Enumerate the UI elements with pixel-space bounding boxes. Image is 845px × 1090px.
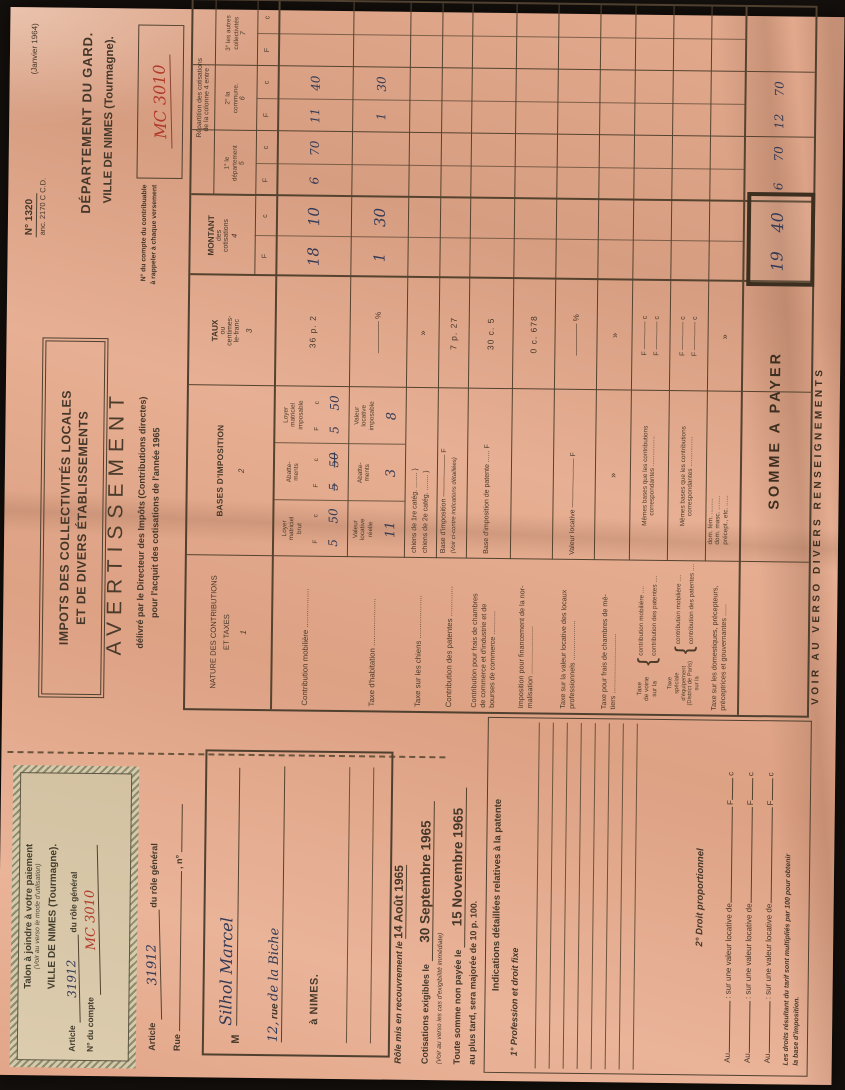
rule — [633, 724, 638, 1070]
c-label: c — [726, 772, 735, 776]
role-date: 14 Août 1965 — [391, 865, 407, 939]
f-blank — [772, 779, 773, 801]
stub-article-suffix: du rôle général — [68, 872, 79, 933]
numero-label: , n° — [174, 855, 184, 869]
au-label: Au — [723, 1053, 732, 1063]
taux-value: 0 c. 678 — [512, 279, 555, 390]
nature-option: contribution mobilière .... — [637, 575, 645, 655]
value-loyer-imposable-c: 50 — [321, 390, 348, 417]
civility-label: M — [230, 1035, 242, 1044]
fc-label: c — [256, 131, 277, 164]
subhead-abattements: Abatte- ments — [275, 443, 312, 500]
nature-line: sur la — [694, 676, 701, 690]
header-bases: BASES D'IMPOSITION 2 — [187, 385, 274, 556]
subhead-line: imposable — [297, 400, 305, 429]
row-bases: Mêmes bases que les contributions corres… — [629, 391, 669, 561]
nature-option: contribution mobilière .... — [674, 564, 682, 644]
rule — [577, 723, 582, 1069]
fc-label: F — [256, 99, 277, 131]
title-box: IMPOTS DES COLLECTIVITÉS LOCALES ET DE D… — [38, 337, 108, 698]
account-reminder-2: à rappeler à chaque versement — [149, 185, 161, 319]
au-row: Au : sur une valeur locative de F c — [743, 731, 756, 1063]
rule — [605, 723, 610, 1069]
header-nature: NATURE DES CONTRIBUTIONS ET TAXES 1 — [185, 555, 272, 709]
rule — [591, 723, 596, 1069]
fc-label: F — [255, 164, 276, 196]
fc-label: F — [257, 34, 278, 66]
cotisations-date: 30 Septembre 1965 — [417, 801, 435, 961]
header-montant-1: MONTANT — [207, 215, 216, 255]
scanned-document-screenshot: Talon à joindre à votre paiement (Voir a… — [0, 0, 845, 1090]
delivre-line-2: pour l'acquit des cotisations de l'année… — [148, 329, 163, 717]
au-blank — [749, 1001, 751, 1053]
patente-section-1: 1° Profession et droit fixe — [509, 947, 520, 1056]
row-bases: chiens de 1re catég. ........ } chiens d… — [409, 391, 433, 553]
fc-label: F — [254, 236, 275, 276]
delivre-line-1: délivré par le Directeur des Impôts (Con… — [134, 329, 149, 717]
vl-blank — [731, 807, 733, 903]
nature-option: contribution des patentes .... — [651, 576, 659, 656]
cotisations-note: (Voir au verso les cas d'exigibilité imm… — [436, 933, 445, 1065]
taux-value: F ———— c F ———— c — [669, 281, 708, 391]
vl-blank — [751, 807, 753, 903]
somme-centimes: 40 — [751, 204, 804, 241]
form-number: N° 1320 — [24, 193, 38, 237]
bases-line: (Voir ci-contre indications détaillées) — [449, 391, 460, 553]
taux-line: F ———— c — [679, 316, 686, 356]
au-blank — [729, 1001, 731, 1053]
value-vl-reelle: 11 — [378, 501, 403, 558]
au-label: Au — [743, 1053, 752, 1063]
subhead-loyer-imposable: Loyer matriciel imposable — [275, 386, 312, 443]
header-repartition: Répartition des cotisations de la colonn… — [191, 0, 215, 195]
majoration-note: au plus tard, sera majorée de 10 p. 100. — [467, 901, 479, 1065]
blank-rule — [370, 767, 374, 1043]
role-date-row: Rôle mis en recouvrement le 14 Août 1965 — [390, 716, 409, 1064]
bases-line: chiens de 2e catég. ........ } — [420, 391, 433, 553]
au-mid: : sur une valeur locative de — [743, 903, 753, 999]
header-col-number: 2 — [236, 469, 245, 474]
stub-article-row: Article 31912 du rôle général — [64, 782, 82, 1052]
stub-article-label: Article — [67, 1025, 77, 1052]
street-line: 12, rue de la Biche — [266, 766, 285, 1042]
subhead-loyer-brut: Loyer matriciel brut — [274, 500, 311, 556]
street-number: 12, — [266, 1021, 281, 1042]
header-taux: TAUX ou centimes- le-franc 3 — [189, 275, 275, 386]
row-bases: Mêmes bases que les contributions corres… — [667, 391, 707, 561]
header-commune-col: 2° la commune. 6 — [214, 65, 257, 131]
row-nature-brace: Taxe de voirie sur la { contribution mob… — [629, 562, 667, 712]
patente-title: Indications détaillées relatives à la pa… — [490, 718, 505, 1072]
subhead-line: brut — [296, 523, 303, 534]
taux-value: ———— % — [349, 277, 407, 388]
au-mid: : sur une valeur locative de — [763, 904, 773, 1000]
row-bases: dom. fém. ......... dom. masc. ........ … — [707, 395, 731, 545]
taux-line: F ———— c — [653, 316, 660, 356]
patente-note-1: Les droits résultant du tarif sont multi… — [783, 854, 793, 1066]
au-blank — [769, 1001, 771, 1053]
row-nature-brace: Taxe spéciale d'équipement (District de … — [666, 562, 704, 712]
taux-value: 30 c. 5 — [468, 279, 513, 390]
header-col-number: 1 — [239, 630, 248, 635]
rule — [563, 723, 568, 1069]
value-abattements-c: 50 — [321, 447, 348, 474]
stub-account-row: N° du compte MC 3010 — [82, 782, 101, 1052]
value-loyer-brut-f: 5 — [320, 529, 347, 558]
header-taux-1: TAUX — [210, 320, 219, 342]
brace-glyph: { — [637, 658, 659, 666]
header-col-number: 7 — [240, 31, 247, 35]
row-bases: Base d'imposition —————— F (Voir ci-cont… — [439, 391, 460, 553]
blank-rule — [346, 767, 350, 1043]
tax-table: NATURE DES CONTRIBUTIONS ET TAXES 1 BASE… — [183, 0, 818, 718]
article-label: Article — [147, 1023, 157, 1051]
taux-line: F ———— c — [691, 316, 698, 356]
value-loyer-imposable-f: 5 — [321, 416, 348, 445]
somme-com-f: 12 — [744, 105, 815, 139]
f-label: F — [746, 800, 755, 805]
f-label: F — [726, 800, 735, 805]
somme-francs: 19 — [750, 240, 803, 283]
c-label: c — [766, 772, 775, 776]
name-line: Silhol Marcel — [216, 768, 240, 1026]
subhead-line: imposable — [368, 401, 376, 430]
role-label: Rôle mis en recouvrement le — [393, 941, 404, 1064]
addressee-name: Silhol Marcel — [216, 917, 236, 1026]
subhead-line: ments — [293, 463, 301, 480]
montant-francs: 18 — [275, 236, 351, 278]
header-departement-col: 1° le département 5 — [213, 130, 256, 196]
cotisations-label: Cotisations exigibles le — [420, 964, 431, 1064]
repartition-com-c: 40 — [277, 66, 353, 101]
document-paper: Talon à joindre à votre paiement (Voir a… — [0, 7, 844, 1085]
taux-value: 7 p. 27 — [438, 278, 469, 388]
row2-bases-grid: Valeur locative réelle Abatte- ments Val… — [347, 387, 406, 558]
somme-a-payer-label: SOMME A PAYER — [739, 285, 813, 576]
bases-line: précept., etc. ...... — [722, 395, 731, 545]
header-repartition-2: de la colonne 4 entre : — [203, 64, 211, 131]
rue-blank — [179, 872, 182, 1032]
addressee-box: M Silhol Marcel 12, rue de la Biche à NI… — [202, 749, 394, 1057]
f-blank — [752, 778, 753, 800]
taux-value: » — [406, 278, 439, 388]
title-line-2: ET DE DIVERS ÉTABLISSEMENTS — [73, 342, 91, 694]
article-value: 31912 — [144, 910, 162, 1020]
header-col-number: 6 — [239, 96, 246, 100]
stub-account-value: MC 3010 — [82, 845, 101, 995]
patente-section-2: 2° Droit proportionnel — [693, 720, 708, 1074]
montant-francs: 1 — [350, 237, 408, 278]
street-name: de la Biche — [266, 928, 282, 1001]
ville-title: VILLE DE NIMES (Tourmagne). — [102, 36, 116, 203]
repartition-com-f: 11 — [277, 99, 353, 133]
taux-line: F ———— c — [641, 316, 648, 356]
somme-a-payer-box: 19 40 — [746, 192, 815, 287]
somme-com-c: 70 — [744, 72, 815, 107]
header-col-number: 4 — [230, 234, 239, 238]
brace-glyph: { — [674, 646, 696, 654]
rule — [549, 723, 554, 1069]
stub-city: VILLE DE NIMES (Tourmagne). — [46, 781, 60, 1051]
au-mid: : sur une valeur locative de — [723, 903, 733, 999]
header-col-number: 5 — [238, 161, 245, 165]
header-bases-label: BASES D'IMPOSITION — [215, 425, 225, 517]
rue-row: Rue , n° — [172, 755, 186, 1051]
somme-dept-f: 6 — [743, 170, 814, 204]
montant-centimes: 30 — [351, 197, 409, 238]
header-nature-2: ET TAXES — [222, 614, 231, 650]
repartition-dept-f: 6 — [276, 164, 352, 198]
au-row: Au : sur une valeur locative de F c — [723, 731, 736, 1063]
form-anc: anc. 2170 C C.D. — [38, 23, 50, 237]
repartition-com-c: 30 — [352, 67, 410, 101]
form-number-block: N° 1320 (Janvier 1964) anc. 2170 C C.D. — [24, 23, 50, 237]
account-number-value: MC 3010 — [149, 54, 172, 149]
cotisations-row: Cotisations exigibles le 30 Septembre 19… — [416, 716, 436, 1064]
stub-account-label: N° du compte — [85, 997, 96, 1052]
city-label: à NIMES. — [308, 974, 321, 1025]
patente-note-2: la base d'imposition. — [793, 997, 801, 1066]
row1-bases-grid: Loyer matriciel brut Abatte- ments Loyer… — [272, 386, 349, 557]
title-line-1: IMPOTS DES COLLECTIVITÉS LOCALES — [56, 342, 74, 694]
header-col-number: 3 — [245, 329, 254, 334]
vl-blank — [771, 808, 773, 904]
header-taux-4: le-franc — [233, 319, 240, 342]
row-bases: » — [594, 390, 631, 560]
bases-line: correspondantes ................. — [648, 436, 656, 516]
fc-label: c — [257, 1, 278, 34]
subhead-vl-imposable: Valeur locative imposable — [349, 387, 380, 444]
avertissement-title: AVERTISSEMENT — [102, 346, 130, 698]
f-label: F — [766, 800, 775, 805]
repartition-com-f: 1 — [352, 100, 410, 133]
toute-somme-row: Toute somme non payée le 15 Novembre 196… — [448, 716, 468, 1064]
account-reminder-label: N° du compte du contribuable à rappeler … — [139, 185, 161, 319]
fc-label: c — [255, 196, 276, 236]
taux-value: » — [707, 281, 742, 391]
payment-stub: Talon à joindre à votre paiement (Voir a… — [10, 765, 140, 1069]
nature-option: contribution des patentes .... — [688, 564, 696, 644]
toute-somme-label: Toute somme non payée le — [452, 950, 463, 1065]
article-row: Article 31912 du rôle général — [144, 755, 164, 1051]
taux-value: ———— % — [554, 280, 597, 391]
somme-dept-c: 70 — [743, 137, 814, 172]
subhead-vl-reelle: Valeur locative réelle — [348, 501, 379, 557]
subhead-line: réelle — [367, 522, 375, 538]
header-nature-1: NATURE DES CONTRIBUTIONS — [208, 575, 218, 688]
departement-title: DÉPARTEMENT DU GARD. — [78, 32, 95, 214]
fc-label: c — [256, 66, 277, 99]
patente-box: Indications détaillées relatives à la pa… — [484, 717, 812, 1077]
rotated-document: Talon à joindre à votre paiement (Voir a… — [0, 0, 845, 1090]
subhead-line: ments — [364, 464, 372, 481]
subhead-line: matriciel — [288, 516, 296, 540]
account-number-box: MC 3010 — [136, 25, 184, 180]
value-abattements: 3 — [378, 444, 403, 502]
subhead-abattements: Abatte- ments — [349, 444, 380, 501]
article-suffix: du rôle général — [149, 843, 160, 908]
c-label: c — [746, 772, 755, 776]
nature-line: sur la — [651, 681, 659, 697]
value-vl-imposable: 8 — [379, 387, 404, 445]
header-autres-col: 3° les autres collectivités 7 — [215, 0, 258, 66]
numero-blank — [181, 804, 183, 852]
rue-label: Rue — [172, 1034, 182, 1051]
form-date: (Janvier 1964) — [30, 23, 40, 74]
value-loyer-brut-c: 50 — [320, 503, 347, 530]
stub-article-value: 31912 — [64, 935, 81, 1023]
au-row: Au : sur une valeur locative de F c — [763, 731, 776, 1063]
header-montant: MONTANT des cotisations 4 — [190, 195, 255, 276]
rule — [535, 722, 540, 1068]
toute-somme-date: 15 Novembre 1965 — [449, 787, 467, 947]
taux-value: F ———— c F ———— c — [631, 281, 670, 391]
f-blank — [732, 778, 733, 800]
taux-value: » — [596, 280, 632, 390]
repartition-dept-c: 70 — [276, 131, 352, 166]
montant-centimes: 10 — [276, 196, 352, 238]
taux-value: 36 p. 2 — [274, 276, 350, 387]
au-label: Au — [763, 1053, 772, 1063]
value-abattements-f: 5 — [320, 473, 347, 502]
rue-word: rue — [269, 1003, 280, 1019]
bases-line: correspondantes ................. — [686, 436, 694, 516]
rule — [619, 723, 624, 1069]
